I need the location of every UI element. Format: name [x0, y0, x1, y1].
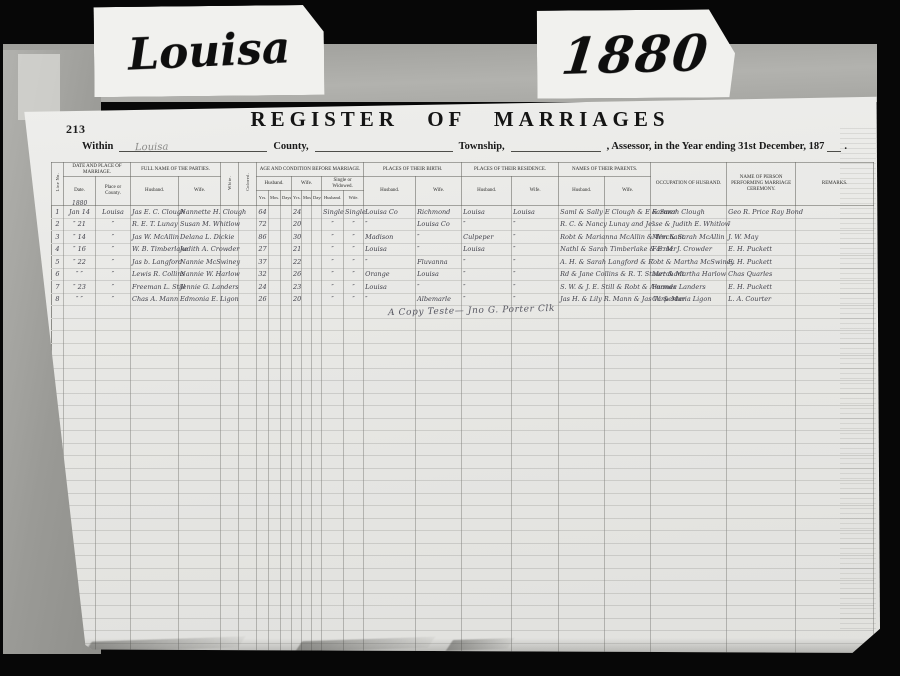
cell-h_yrs — [257, 356, 269, 369]
cell-h_mos — [269, 368, 281, 381]
cell-birth_h — [364, 356, 416, 369]
cell-colored — [239, 431, 257, 444]
cell-remarks — [796, 568, 874, 581]
cell-birth_h: Madison — [364, 231, 416, 244]
cell-birth_w — [416, 593, 462, 606]
cell-colored — [239, 231, 257, 244]
cell-cond_h: ″ — [322, 281, 344, 294]
cell-par_h: Robt & Marianna McAllin & Wm & Sarah McA… — [559, 231, 605, 244]
register-rows: 11880Jan 14LouisaJas E. C. CloughNannett… — [52, 206, 874, 676]
cell-res_w — [512, 368, 559, 381]
cell-no: 4 — [52, 243, 64, 256]
cell-cond_w — [344, 543, 364, 556]
cell-white — [221, 381, 239, 394]
cell-h_yrs — [257, 331, 269, 344]
cell-w_yrs — [292, 318, 302, 331]
cell-cond_h — [322, 393, 344, 406]
cell-birth_w: Louisa — [416, 268, 462, 281]
cell-res_h: Culpeper — [462, 231, 512, 244]
cell-minister: J. W. May — [727, 231, 796, 244]
cell-h_days — [281, 568, 292, 581]
cell-remarks — [796, 343, 874, 356]
cell-h_days — [281, 506, 292, 519]
cell-h_yrs — [257, 381, 269, 394]
cell-minister — [727, 456, 796, 469]
cell-par_h — [559, 618, 605, 631]
cell-remarks — [796, 381, 874, 394]
cell-h_yrs — [257, 431, 269, 444]
cell-w_mos — [302, 481, 312, 494]
cell-occ — [651, 368, 727, 381]
cell-res_w — [512, 431, 559, 444]
cell-h_mos — [269, 306, 281, 319]
cell-colored — [239, 293, 257, 306]
cell-birth_w — [416, 356, 462, 369]
cell-h_yrs — [257, 406, 269, 419]
cell-h_mos — [269, 331, 281, 344]
cell-par_w — [605, 593, 651, 606]
cell-occ — [651, 306, 727, 319]
cell-w_mos — [302, 568, 312, 581]
cell-white — [221, 531, 239, 544]
cell-remarks — [796, 443, 874, 456]
cell-h_yrs — [257, 518, 269, 531]
cell-cond_h — [322, 593, 344, 606]
cell-h_mos — [269, 581, 281, 594]
cell-res_w — [512, 481, 559, 494]
cell-h_yrs — [257, 493, 269, 506]
cell-w_days — [312, 656, 322, 669]
cell-white — [221, 293, 239, 306]
cell-par_w — [605, 331, 651, 344]
cell-place: ″ — [96, 268, 131, 281]
cell-res_w — [512, 606, 559, 619]
cell-cond_w — [344, 481, 364, 494]
cell-white — [221, 393, 239, 406]
cell-h_yrs — [257, 618, 269, 631]
cell-res_h — [462, 468, 512, 481]
cell-colored — [239, 343, 257, 356]
cell-cond_h — [322, 543, 344, 556]
cell-w_mos — [302, 331, 312, 344]
cell-birth_h — [364, 456, 416, 469]
cell-h_yrs — [257, 531, 269, 544]
cell-h_mos — [269, 481, 281, 494]
cell-remarks — [796, 281, 874, 294]
cell-place: ″ — [96, 218, 131, 231]
cell-res_h — [462, 331, 512, 344]
cell-h_days — [281, 456, 292, 469]
cell-h_mos — [269, 493, 281, 506]
cell-remarks — [796, 493, 874, 506]
cell-colored — [239, 406, 257, 419]
cell-occ — [651, 343, 727, 356]
cell-place — [96, 306, 131, 319]
cell-colored — [239, 668, 257, 676]
cell-w_days — [312, 393, 322, 406]
cell-birth_w — [416, 581, 462, 594]
header-parents-husband: Husband. — [559, 177, 605, 206]
cell-white — [221, 506, 239, 519]
cell-no — [52, 656, 64, 669]
cell-w_mos — [302, 268, 312, 281]
cell-place — [96, 381, 131, 394]
empty-ruled-row — [52, 493, 874, 506]
township-label: Township, — [459, 141, 505, 152]
cell-h_mos — [269, 568, 281, 581]
cell-h_yrs — [257, 668, 269, 676]
cell-colored — [239, 356, 257, 369]
cell-h_yrs — [257, 393, 269, 406]
cell-res_h — [462, 531, 512, 544]
cell-birth_h: Louisa — [364, 281, 416, 294]
header-w-mos: Mos. — [302, 191, 312, 206]
cell-h_days — [281, 381, 292, 394]
header-birth-wife: Wife. — [416, 177, 462, 206]
cell-colored — [239, 593, 257, 606]
cell-cond_w — [344, 606, 364, 619]
cell-wife — [179, 556, 221, 569]
cell-no: 2 — [52, 218, 64, 231]
cell-birth_h — [364, 618, 416, 631]
cell-par_h: Saml & Sally E Clough & E & Sarah Clough — [559, 206, 605, 219]
cell-occ — [651, 606, 727, 619]
cell-place — [96, 543, 131, 556]
cell-husband — [131, 406, 179, 419]
cell-h_yrs — [257, 481, 269, 494]
cell-w_mos — [302, 456, 312, 469]
cell-remarks — [796, 256, 874, 269]
cell-res_w — [512, 318, 559, 331]
cell-par_w — [605, 606, 651, 619]
cell-w_mos — [302, 618, 312, 631]
cell-birth_h — [364, 493, 416, 506]
cell-h_days — [281, 281, 292, 294]
cell-remarks — [796, 243, 874, 256]
cell-h_days — [281, 556, 292, 569]
cell-par_h — [559, 493, 605, 506]
empty-ruled-row — [52, 581, 874, 594]
cell-date — [64, 481, 96, 494]
cell-res_h — [462, 481, 512, 494]
cell-w_yrs: 23 — [292, 281, 302, 294]
cell-no — [52, 331, 64, 344]
cell-birth_w — [416, 556, 462, 569]
cell-white — [221, 543, 239, 556]
cell-place — [96, 556, 131, 569]
cell-h_mos — [269, 443, 281, 456]
cell-colored — [239, 481, 257, 494]
cell-w_days — [312, 668, 322, 676]
cell-place: ″ — [96, 293, 131, 306]
cell-wife — [179, 368, 221, 381]
cell-date — [64, 468, 96, 481]
cell-h_mos — [269, 393, 281, 406]
cell-cond_h — [322, 618, 344, 631]
cell-husband: Chas A. Mann — [131, 293, 179, 306]
cell-h_days — [281, 543, 292, 556]
cell-minister — [727, 543, 796, 556]
cell-minister: Chas Quarles — [727, 268, 796, 281]
cell-h_mos — [269, 606, 281, 619]
cell-h_days — [281, 418, 292, 431]
cell-birth_h — [364, 531, 416, 544]
cell-birth_h — [364, 656, 416, 669]
cell-minister — [727, 443, 796, 456]
cell-cond_w: ″ — [344, 218, 364, 231]
cell-cond_w: ″ — [344, 268, 364, 281]
cell-par_h — [559, 331, 605, 344]
cell-husband — [131, 468, 179, 481]
cell-birth_w — [416, 368, 462, 381]
cell-par_h — [559, 668, 605, 676]
cell-w_days — [312, 331, 322, 344]
cell-h_yrs: 26 — [257, 293, 269, 306]
cell-remarks — [796, 406, 874, 419]
cell-res_h: Louisa — [462, 206, 512, 219]
empty-ruled-row — [52, 481, 874, 494]
cell-white — [221, 306, 239, 319]
cell-h_mos — [269, 406, 281, 419]
cell-wife — [179, 581, 221, 594]
cell-birth_h — [364, 393, 416, 406]
cell-cond_h — [322, 656, 344, 669]
cell-cond_w — [344, 368, 364, 381]
cell-remarks — [796, 206, 874, 219]
cell-cond_w — [344, 468, 364, 481]
header-name-husband: Husband. — [131, 177, 179, 206]
cell-w_yrs: 20 — [292, 293, 302, 306]
county-tag-card: Louisa — [94, 5, 325, 97]
cell-wife: Susan M. Whitlow — [179, 218, 221, 231]
cell-wife — [179, 431, 221, 444]
table-header: Line No. DATE AND PLACE OF MARRIAGE. FUL… — [52, 163, 874, 206]
cell-husband: Jas E. C. Clough — [131, 206, 179, 219]
page-number: 213 — [66, 122, 86, 137]
table-row: 6″ ″″Lewis R. CollinsNannie W. Harlow322… — [52, 268, 874, 281]
cell-cond_w — [344, 593, 364, 606]
cell-colored — [239, 493, 257, 506]
empty-ruled-row — [52, 468, 874, 481]
cell-wife — [179, 568, 221, 581]
cell-h_mos — [269, 668, 281, 676]
cell-h_yrs: 27 — [257, 243, 269, 256]
cell-birth_h — [364, 568, 416, 581]
cell-h_days — [281, 493, 292, 506]
cell-husband — [131, 318, 179, 331]
cell-cond_h — [322, 418, 344, 431]
cell-minister — [727, 518, 796, 531]
cell-h_yrs — [257, 418, 269, 431]
cell-w_days — [312, 481, 322, 494]
cell-w_days — [312, 343, 322, 356]
cell-birth_h: ″ — [364, 256, 416, 269]
cell-wife — [179, 618, 221, 631]
cell-w_yrs — [292, 331, 302, 344]
cell-occ: Farmer — [651, 281, 727, 294]
cell-cond_h — [322, 381, 344, 394]
cell-colored — [239, 531, 257, 544]
cell-husband — [131, 393, 179, 406]
cell-cond_w — [344, 443, 364, 456]
cell-par_h — [559, 606, 605, 619]
cell-date — [64, 443, 96, 456]
cell-cond_h: ″ — [322, 218, 344, 231]
cell-cond_h — [322, 556, 344, 569]
cell-w_days — [312, 506, 322, 519]
cell-res_h: Louisa — [462, 243, 512, 256]
cell-w_days — [312, 243, 322, 256]
cell-place — [96, 331, 131, 344]
cell-remarks — [796, 468, 874, 481]
cell-birth_w — [416, 531, 462, 544]
cell-w_yrs — [292, 306, 302, 319]
cell-h_yrs — [257, 556, 269, 569]
cell-res_w — [512, 543, 559, 556]
cell-white — [221, 231, 239, 244]
cell-white — [221, 418, 239, 431]
cell-cond_w — [344, 668, 364, 676]
cell-minister: E. H. Puckett — [727, 281, 796, 294]
cell-birth_w — [416, 381, 462, 394]
cell-minister — [727, 556, 796, 569]
cell-w_mos — [302, 656, 312, 669]
cell-h_yrs — [257, 593, 269, 606]
cell-birth_h — [364, 406, 416, 419]
cell-w_days — [312, 406, 322, 419]
cell-husband — [131, 581, 179, 594]
cell-h_days — [281, 406, 292, 419]
cell-h_days — [281, 206, 292, 219]
cell-place — [96, 318, 131, 331]
cell-place — [96, 518, 131, 531]
empty-ruled-row — [52, 656, 874, 669]
cell-cond_w: Single — [344, 206, 364, 219]
cell-cond_h — [322, 606, 344, 619]
header-birth-group: PLACES OF THEIR BIRTH. — [364, 163, 462, 177]
cell-w_days — [312, 206, 322, 219]
table-row: 2″ 21″R. E. T. LunaySusan M. Whitlow7220… — [52, 218, 874, 231]
cell-place: ″ — [96, 256, 131, 269]
cell-w_days — [312, 368, 322, 381]
cell-colored — [239, 506, 257, 519]
cell-res_w: ″ — [512, 256, 559, 269]
cell-place — [96, 668, 131, 676]
cell-cond_w: ″ — [344, 243, 364, 256]
cell-occ — [651, 443, 727, 456]
cell-husband — [131, 506, 179, 519]
cell-white — [221, 481, 239, 494]
header-sw-husband: Husband. — [322, 191, 344, 206]
cell-h_days — [281, 368, 292, 381]
cell-res_w — [512, 668, 559, 676]
cell-res_w — [512, 456, 559, 469]
cell-birth_w — [416, 406, 462, 419]
cell-res_w — [512, 393, 559, 406]
cell-cond_w — [344, 331, 364, 344]
cell-par_w — [605, 281, 651, 294]
header-single-widowed: Single or Widowed. — [322, 177, 364, 191]
cell-husband: Freeman L. Still — [131, 281, 179, 294]
cell-h_yrs: 37 — [257, 256, 269, 269]
cell-h_mos — [269, 543, 281, 556]
cell-par_h — [559, 343, 605, 356]
marriage-register-table: Line No. DATE AND PLACE OF MARRIAGE. FUL… — [51, 162, 874, 676]
cell-cond_h — [322, 306, 344, 319]
cell-par_w — [605, 356, 651, 369]
cell-h_days — [281, 306, 292, 319]
cell-cond_w — [344, 418, 364, 431]
cell-colored — [239, 468, 257, 481]
cell-date — [64, 343, 96, 356]
cell-remarks — [796, 418, 874, 431]
cell-wife: Nannie W. Harlow — [179, 268, 221, 281]
cell-cond_w — [344, 618, 364, 631]
cell-date — [64, 406, 96, 419]
header-w-days: Days. — [312, 191, 322, 206]
cell-colored — [239, 418, 257, 431]
page-bottom-shadow — [54, 638, 880, 654]
cell-place — [96, 506, 131, 519]
cell-birth_w — [416, 493, 462, 506]
cell-birth_h — [364, 506, 416, 519]
cell-w_mos — [302, 256, 312, 269]
cell-colored — [239, 556, 257, 569]
cell-minister: E. H. Puckett — [727, 256, 796, 269]
cell-cond_h: ″ — [322, 268, 344, 281]
cell-cond_h — [322, 568, 344, 581]
cell-minister: Geo R. Price Ray Bond — [727, 206, 796, 219]
cell-w_mos — [302, 393, 312, 406]
cell-remarks — [796, 306, 874, 319]
empty-ruled-row — [52, 518, 874, 531]
cell-colored — [239, 218, 257, 231]
cell-w_days — [312, 618, 322, 631]
cell-cond_h — [322, 331, 344, 344]
cell-wife: Jennie G. Landers — [179, 281, 221, 294]
cell-occ — [651, 393, 727, 406]
cell-occ — [651, 456, 727, 469]
cell-wife: Judith A. Crowder — [179, 243, 221, 256]
cell-w_yrs — [292, 418, 302, 431]
cell-birth_h — [364, 468, 416, 481]
cell-w_yrs — [292, 518, 302, 531]
cell-cond_w: ″ — [344, 281, 364, 294]
cell-cond_h — [322, 518, 344, 531]
page-title: REGISTER OF MARRIAGES — [170, 107, 750, 132]
cell-birth_h — [364, 418, 416, 431]
cell-h_days — [281, 293, 292, 306]
cell-place: ″ — [96, 281, 131, 294]
cell-birth_h — [364, 343, 416, 356]
cell-minister — [727, 568, 796, 581]
cell-w_days — [312, 381, 322, 394]
header-h-yrs: Yrs. — [257, 191, 269, 206]
cell-w_days — [312, 493, 322, 506]
cell-res_w: Louisa — [512, 206, 559, 219]
cell-remarks — [796, 356, 874, 369]
cell-white — [221, 468, 239, 481]
cell-wife — [179, 331, 221, 344]
cell-husband: Jas b. Langford — [131, 256, 179, 269]
header-residence-group: PLACES OF THEIR RESIDENCE. — [462, 163, 559, 177]
cell-h_mos — [269, 243, 281, 256]
cell-cond_w — [344, 406, 364, 419]
cell-h_mos — [269, 468, 281, 481]
cell-cond_h: Single — [322, 206, 344, 219]
cell-h_yrs — [257, 568, 269, 581]
cell-husband — [131, 606, 179, 619]
